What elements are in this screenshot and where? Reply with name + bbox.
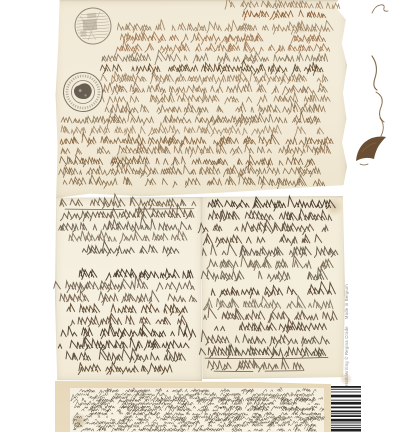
margin-flourish-icon [376,92,384,122]
bottom-left-manuscript-page [55,197,202,381]
margin-flourish-icon [372,56,377,90]
caption-credit: Handwriting © Regina Crade [344,326,349,386]
caption-origin: Made in Belgium [344,284,349,319]
vintage-manuscript-scan: Handwriting © Regina CradeMade in Belgiu… [0,0,400,432]
torn-ink-fragment-highlight [362,143,376,152]
dense-page-inner-sheet [70,388,324,432]
paper-edge-shading [201,196,345,379]
paper-edge-shading [55,0,347,198]
bottom-right-manuscript-page [201,196,345,379]
corner-scribble-icon [372,5,388,13]
barcode [331,386,365,432]
dense-script-page [55,380,331,432]
torn-ink-fragment-tail [360,164,368,165]
paper-edge-shading [55,197,202,381]
side-caption: Handwriting © Regina CradeMade in Belgiu… [345,284,349,386]
torn-ink-fragment [356,137,386,161]
top-manuscript-page [55,0,347,198]
margin-flourish-icon [380,118,383,136]
